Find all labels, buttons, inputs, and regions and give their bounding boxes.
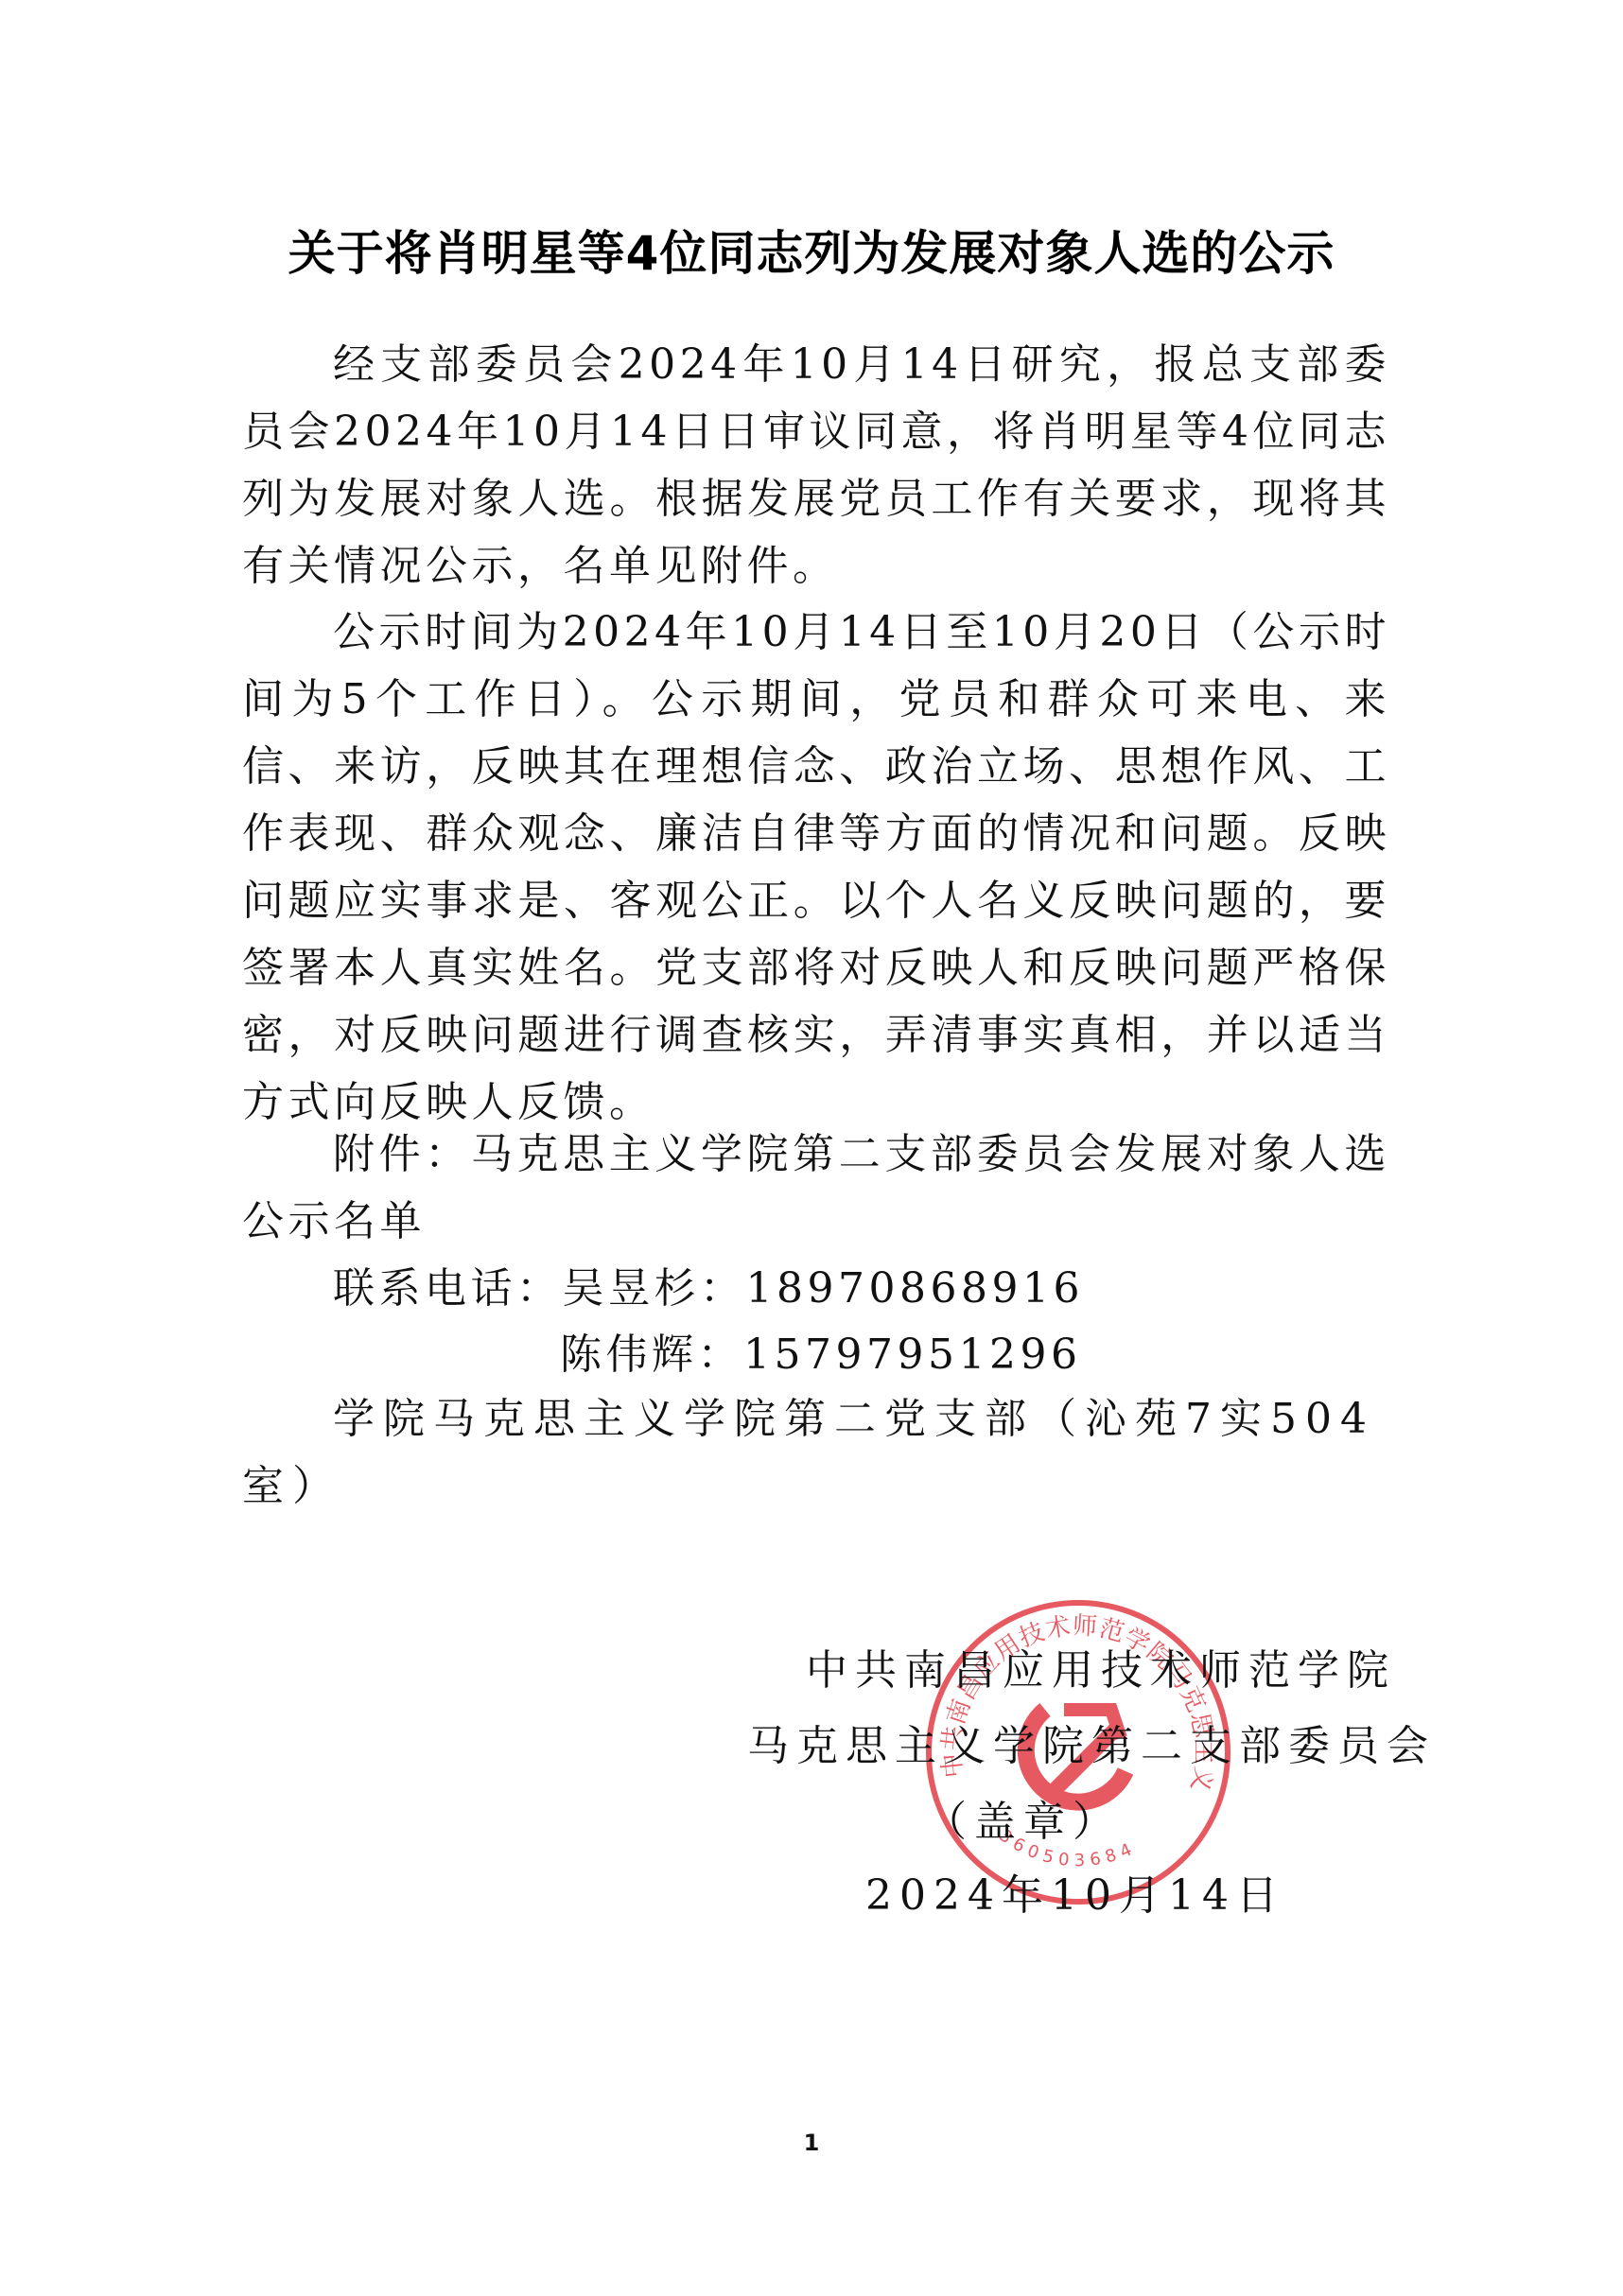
signature-org-line1: 中共南昌应用技术师范学院 — [806, 1636, 1396, 1696]
paragraph-publicity-period: 公示时间为2024年10月14日至10月20日（公示时间为5个工作日）。公示期间… — [242, 599, 1390, 1136]
document-title: 关于将肖明星等4位同志列为发展对象人选的公示 — [0, 216, 1623, 284]
contact-label: 联系电话： — [333, 1264, 563, 1313]
signature-date: 2024年10月14日 — [865, 1861, 1285, 1922]
stamp-note: （盖章） — [925, 1787, 1122, 1848]
page-number: 1 — [0, 2130, 1623, 2156]
paragraph-attachment: 附件：马克思主义学院第二支部委员会发展对象人选公示名单 — [242, 1121, 1390, 1255]
contact-row-1: 联系电话：吴昱杉：18970868916 — [333, 1254, 1084, 1314]
contact-phone: 18970868916 — [746, 1264, 1084, 1313]
office-address: 学院马克思主义学院第二党支部（沁苑7实504室） — [242, 1385, 1390, 1520]
signature-org-line2: 马克思主义学院第二支部委员会 — [747, 1712, 1436, 1772]
paragraph-review: 经支部委员会2024年10月14日研究，报总支部委员会2024年10月14日日审… — [242, 331, 1390, 600]
contact-row-2: 陈伟辉：15797951296 — [560, 1320, 1081, 1381]
contact-phone: 15797951296 — [743, 1331, 1081, 1379]
contact-name: 陈伟辉： — [560, 1331, 743, 1379]
contact-name: 吴昱杉： — [563, 1264, 746, 1313]
